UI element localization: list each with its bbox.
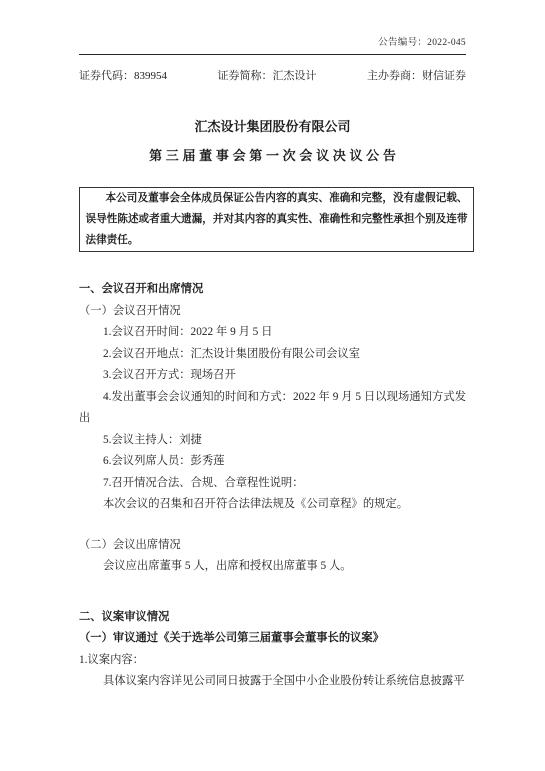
sponsor-broker: 主办券商：财信证券 <box>367 69 466 83</box>
body-item: 3.会议召开方式：现场召开 <box>79 365 466 387</box>
body-item: 具体议案内容详见公司同日披露于全国中小企业股份转让系统信息披露平 <box>79 671 466 693</box>
body-item: 5.会议主持人：刘捷 <box>79 430 466 452</box>
body-section-heading: 一、会议召开和出席情况 <box>79 279 466 301</box>
security-code: 证券代码：839954 <box>79 69 167 83</box>
body-item: 会议应出席董事 5 人，出席和授权出席董事 5 人。 <box>79 556 466 578</box>
body-item: 2.会议召开地点：汇杰设计集团股份有限公司会议室 <box>79 344 466 366</box>
body-item: 本次会议的召集和召开符合法律法规及《公司章程》的规定。 <box>79 494 466 516</box>
document-body: 一、会议召开和出席情况（一）会议召开情况1.会议召开时间：2022 年 9 月 … <box>79 279 466 693</box>
body-item: 1.会议召开时间：2022 年 9 月 5 日 <box>79 322 466 344</box>
announcement-title: 第三届董事会第一次会议决议公告 <box>79 146 466 165</box>
body-section-heading: 二、议案审议情况 <box>79 607 466 629</box>
body-item: 6.会议列席人员：彭秀莲 <box>79 451 466 473</box>
security-abbr: 证券简称：汇杰设计 <box>218 69 317 83</box>
body-item: 7.召开情况合法、合规、合章程性说明： <box>79 473 466 495</box>
body-subsection: 1.议案内容： <box>79 650 466 672</box>
disclaimer-box: 本公司及董事会全体成员保证公告内容的真实、准确和完整，没有虚假记载、误导性陈述或… <box>79 187 474 252</box>
securities-header-row: 证券代码：839954 证券简称：汇杰设计 主办券商：财信证券 <box>79 69 466 83</box>
body-subsection-heading: （一）审议通过《关于选举公司第三届董事会董事长的议案》 <box>79 628 466 650</box>
body-subsection: （二）会议出席情况 <box>79 535 466 557</box>
body-subsection: （一）会议召开情况 <box>79 301 466 323</box>
body-item: 4.发出董事会会议通知的时间和方式：2022 年 9 月 5 日以现场通知方式发… <box>79 387 466 430</box>
announcement-number: 公告编号：2022-045 <box>79 38 466 49</box>
header-divider-rule <box>79 54 466 55</box>
company-name-title: 汇杰设计集团股份有限公司 <box>79 117 466 136</box>
announcement-page: 公告编号：2022-045 证券代码：839954 证券简称：汇杰设计 主办券商… <box>0 0 545 771</box>
